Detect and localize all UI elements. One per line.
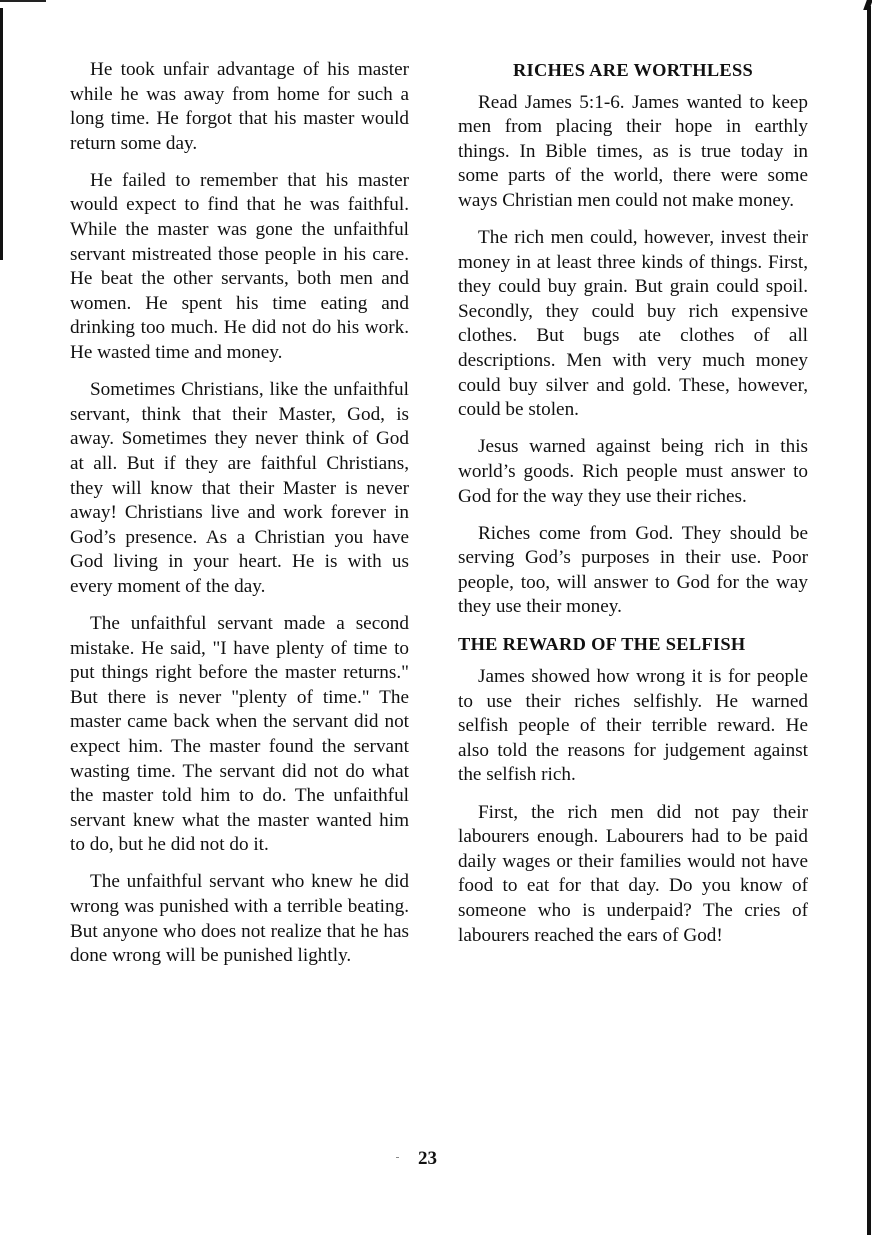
paragraph: James showed how wrong it is for people … [458,665,808,788]
paragraph: The unfaithful servant made a second mis… [70,612,409,858]
scan-right-border [867,6,871,1235]
paragraph: Read James 5:1-6. James wanted to keep m… [458,91,808,214]
paragraph: The rich men could, however, invest thei… [458,226,808,423]
section-heading-reward-of-the-selfish: THE REWARD OF THE SELFISH [458,632,808,657]
paragraph: He took unfair advantage of his master w… [70,58,409,156]
paragraph: The unfaithful servant who knew he did w… [70,870,409,968]
paragraph: Jesus warned against being rich in this … [458,435,808,509]
paragraph: He failed to remember that his master wo… [70,169,409,366]
section-heading-riches-are-worthless: RICHES ARE WORTHLESS [458,58,808,83]
scan-speck [396,1157,399,1158]
paragraph: Sometimes Christians, like the unfaithfu… [70,378,409,599]
paragraph: Riches come from God. They should be ser… [458,522,808,620]
left-column: He took unfair advantage of his master w… [70,58,409,981]
scan-left-border [0,8,3,260]
page-number: 23 [418,1148,437,1170]
right-column: RICHES ARE WORTHLESS Read James 5:1-6. J… [458,58,808,961]
paragraph: First, the rich men did not pay their la… [458,801,808,949]
scan-edge-mark [0,0,46,2]
scanned-book-page: He took unfair advantage of his master w… [0,0,872,1239]
